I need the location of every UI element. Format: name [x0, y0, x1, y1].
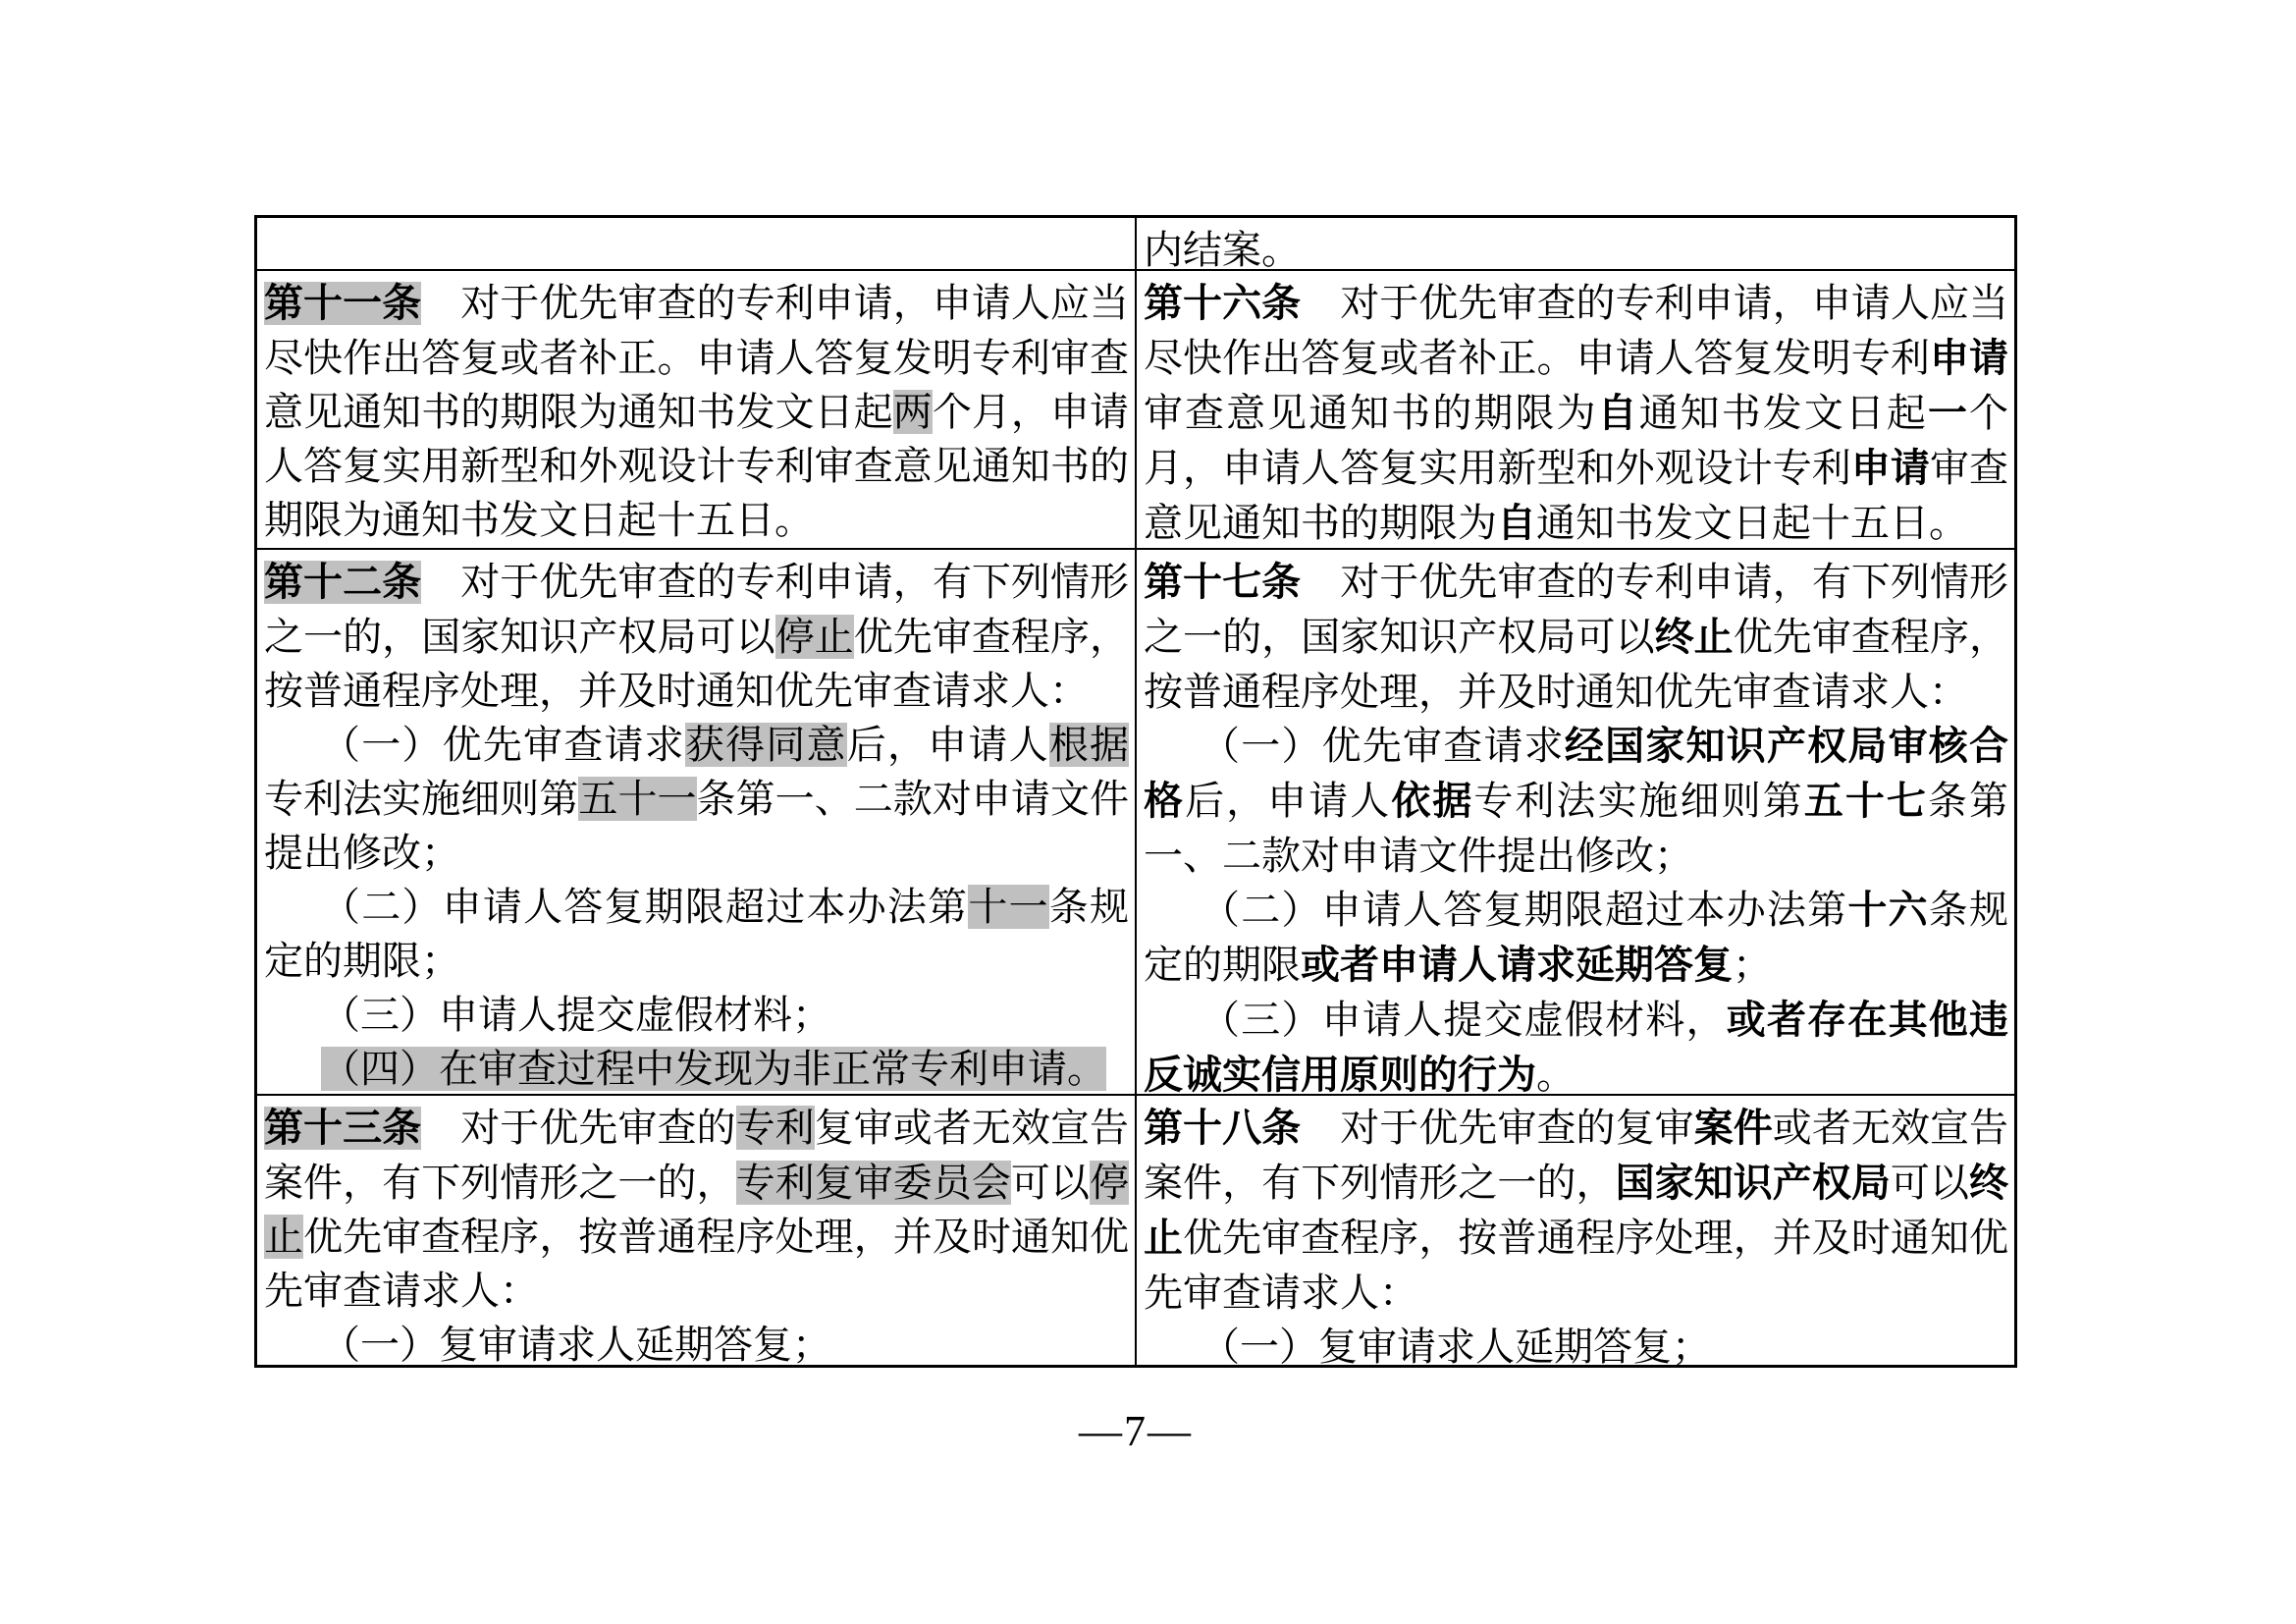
bold-segment: 第十六条: [1144, 282, 1301, 325]
text-segment: 可以: [1011, 1161, 1090, 1205]
text-segment: 内结案。: [1144, 228, 1301, 271]
table-cell-r0-c0: [257, 218, 1137, 271]
bold-segment: 依据: [1391, 780, 1473, 823]
table-cell-r0-c1: 内结案。: [1137, 218, 2014, 271]
bold-segment: 第十七条: [1144, 561, 1301, 604]
text-segment: 专利法实施细则第: [1473, 779, 1803, 823]
table-cell-r3-c0: 第十三条 对于优先审查的专利复审或者无效宣告案件，有下列情形之一的，专利复审委员…: [257, 1096, 1137, 1365]
text-segment: （三）申请人提交虚假材料，: [1201, 998, 1727, 1042]
bold-segment: 自: [1598, 392, 1639, 435]
bold-segment: 或者申请人请求延期答复: [1301, 944, 1733, 987]
text-segment: 专利法实施细则第: [264, 777, 578, 821]
text-segment: 优先审查程序，按普通程序处理，并及时通知优先审查请求人：: [264, 1215, 1129, 1313]
highlight-segment: 停止: [775, 615, 854, 659]
highlight-bold-segment: 第十一条: [264, 282, 421, 325]
table-cell-r1-c1: 第十六条 对于优先审查的专利申请，申请人应当尽快作出答复或者补正。申请人答复发明…: [1137, 271, 2014, 550]
highlight-segment: （四）在审查过程中发现为非正常专利申请。: [321, 1047, 1106, 1091]
highlight-segment: 两: [893, 390, 933, 434]
text-segment: 审查意见通知书的期限为: [1144, 391, 1598, 435]
paragraph: 第十六条 对于优先审查的专利申请，申请人应当尽快作出答复或者补正。申请人答复发明…: [1144, 276, 2008, 550]
text-segment: 后，申请人: [1185, 779, 1391, 823]
paragraph: （一）优先审查请求经国家知识产权局审核合格后，申请人依据专利法实施细则第五十七条…: [1144, 719, 2008, 883]
table-cell-r2-c1: 第十七条 对于优先审查的专利申请，有下列情形之一的，国家知识产权局可以终止优先审…: [1137, 550, 2014, 1096]
paragraph: 第十三条 对于优先审查的专利复审或者无效宣告案件，有下列情形之一的，专利复审委员…: [264, 1101, 1129, 1318]
paragraph: 第十八条 对于优先审查的复审案件或者无效宣告案件，有下列情形之一的，国家知识产权…: [1144, 1101, 2008, 1320]
bold-segment: 十六: [1847, 889, 1928, 932]
highlight-segment: 根据: [1049, 723, 1129, 767]
text-segment: 通知书发文日起十五日。: [1536, 501, 1968, 545]
text-segment: （一）复审请求人延期答复；: [321, 1323, 831, 1365]
highlight-bold-segment: 第十二条: [264, 561, 421, 604]
paragraph: 第十七条 对于优先审查的专利申请，有下列情形之一的，国家知识产权局可以终止优先审…: [1144, 555, 2008, 719]
bold-segment: 一: [1928, 392, 1969, 435]
text-segment: 对于优先审查的复审: [1301, 1106, 1693, 1150]
paragraph: （二）申请人答复期限超过本办法第十一条规定的期限；: [264, 880, 1129, 988]
text-segment: 可以: [1891, 1161, 1969, 1205]
bold-segment: 五十七: [1804, 780, 1928, 823]
table-cell-r1-c0: 第十一条 对于优先审查的专利申请，申请人应当尽快作出答复或者补正。申请人答复发明…: [257, 271, 1137, 550]
text-segment: （一）优先审查请求: [321, 723, 685, 767]
highlight-segment: 获得同意: [685, 723, 847, 767]
paragraph: 内结案。: [1144, 223, 2008, 271]
text-segment: 对于优先审查的: [421, 1106, 735, 1150]
paragraph: 第十二条 对于优先审查的专利申请，有下列情形之一的，国家知识产权局可以停止优先审…: [264, 555, 1129, 718]
paragraph: 第十一条 对于优先审查的专利申请，申请人应当尽快作出答复或者补正。申请人答复发明…: [264, 276, 1129, 547]
highlight-segment: 专利复审委员会: [736, 1161, 1011, 1205]
comparison-table: 内结案。第十一条 对于优先审查的专利申请，申请人应当尽快作出答复或者补正。申请人…: [254, 215, 2017, 1368]
text-segment: 。: [1536, 1053, 1575, 1096]
paragraph: （二）申请人答复期限超过本办法第十六条规定的期限或者申请人请求延期答复；: [1144, 883, 2008, 993]
text-segment: ；: [1733, 943, 1772, 987]
highlight-segment: 专利: [736, 1106, 815, 1150]
bold-segment: 案件: [1694, 1107, 1773, 1150]
paragraph: （三）申请人提交虚假材料；: [264, 988, 1129, 1042]
text-segment: （二）申请人答复期限超过本办法第: [1201, 888, 1847, 932]
bold-segment: 自: [1497, 502, 1536, 545]
paragraph: （一）复审请求人延期答复；: [1144, 1320, 2008, 1365]
bold-segment: 申请: [1930, 337, 2008, 380]
paragraph: （三）申请人提交虚假材料，或者存在其他违反诚实信用原则的行为。: [1144, 993, 2008, 1096]
table-cell-r2-c0: 第十二条 对于优先审查的专利申请，有下列情形之一的，国家知识产权局可以停止优先审…: [257, 550, 1137, 1096]
paragraph: （一）优先审查请求获得同意后，申请人根据专利法实施细则第五十一条第一、二款对申请…: [264, 718, 1129, 880]
text-segment: （一）优先审查请求: [1201, 724, 1565, 768]
bold-segment: 申请: [1851, 447, 1930, 490]
page-number: —7—: [254, 1406, 2017, 1456]
bold-segment: 终止: [1655, 616, 1734, 659]
text-segment: 通知书发文日起: [1639, 391, 1928, 435]
paragraph: （四）在审查过程中发现为非正常专利申请。: [264, 1042, 1129, 1096]
bold-segment: 第十八条: [1144, 1107, 1301, 1150]
table-cell-r3-c1: 第十八条 对于优先审查的复审案件或者无效宣告案件，有下列情形之一的，国家知识产权…: [1137, 1096, 2014, 1365]
bold-segment: 国家知识产权局: [1616, 1162, 1891, 1205]
text-segment: （一）复审请求人延期答复；: [1201, 1325, 1711, 1365]
text-segment: （二）申请人答复期限超过本办法第: [321, 885, 968, 929]
highlight-segment: 十一: [968, 885, 1048, 929]
highlight-bold-segment: 第十三条: [264, 1107, 421, 1150]
text-segment: 优先审查程序，按普通程序处理，并及时通知优先审查请求人：: [1144, 1216, 2008, 1315]
paragraph: （一）复审请求人延期答复；: [264, 1318, 1129, 1365]
text-segment: （三）申请人提交虚假材料；: [321, 993, 831, 1037]
text-segment: 后，申请人: [847, 723, 1049, 767]
highlight-segment: 五十一: [578, 777, 696, 821]
document-page: 内结案。第十一条 对于优先审查的专利申请，申请人应当尽快作出答复或者补正。申请人…: [0, 0, 2296, 1624]
